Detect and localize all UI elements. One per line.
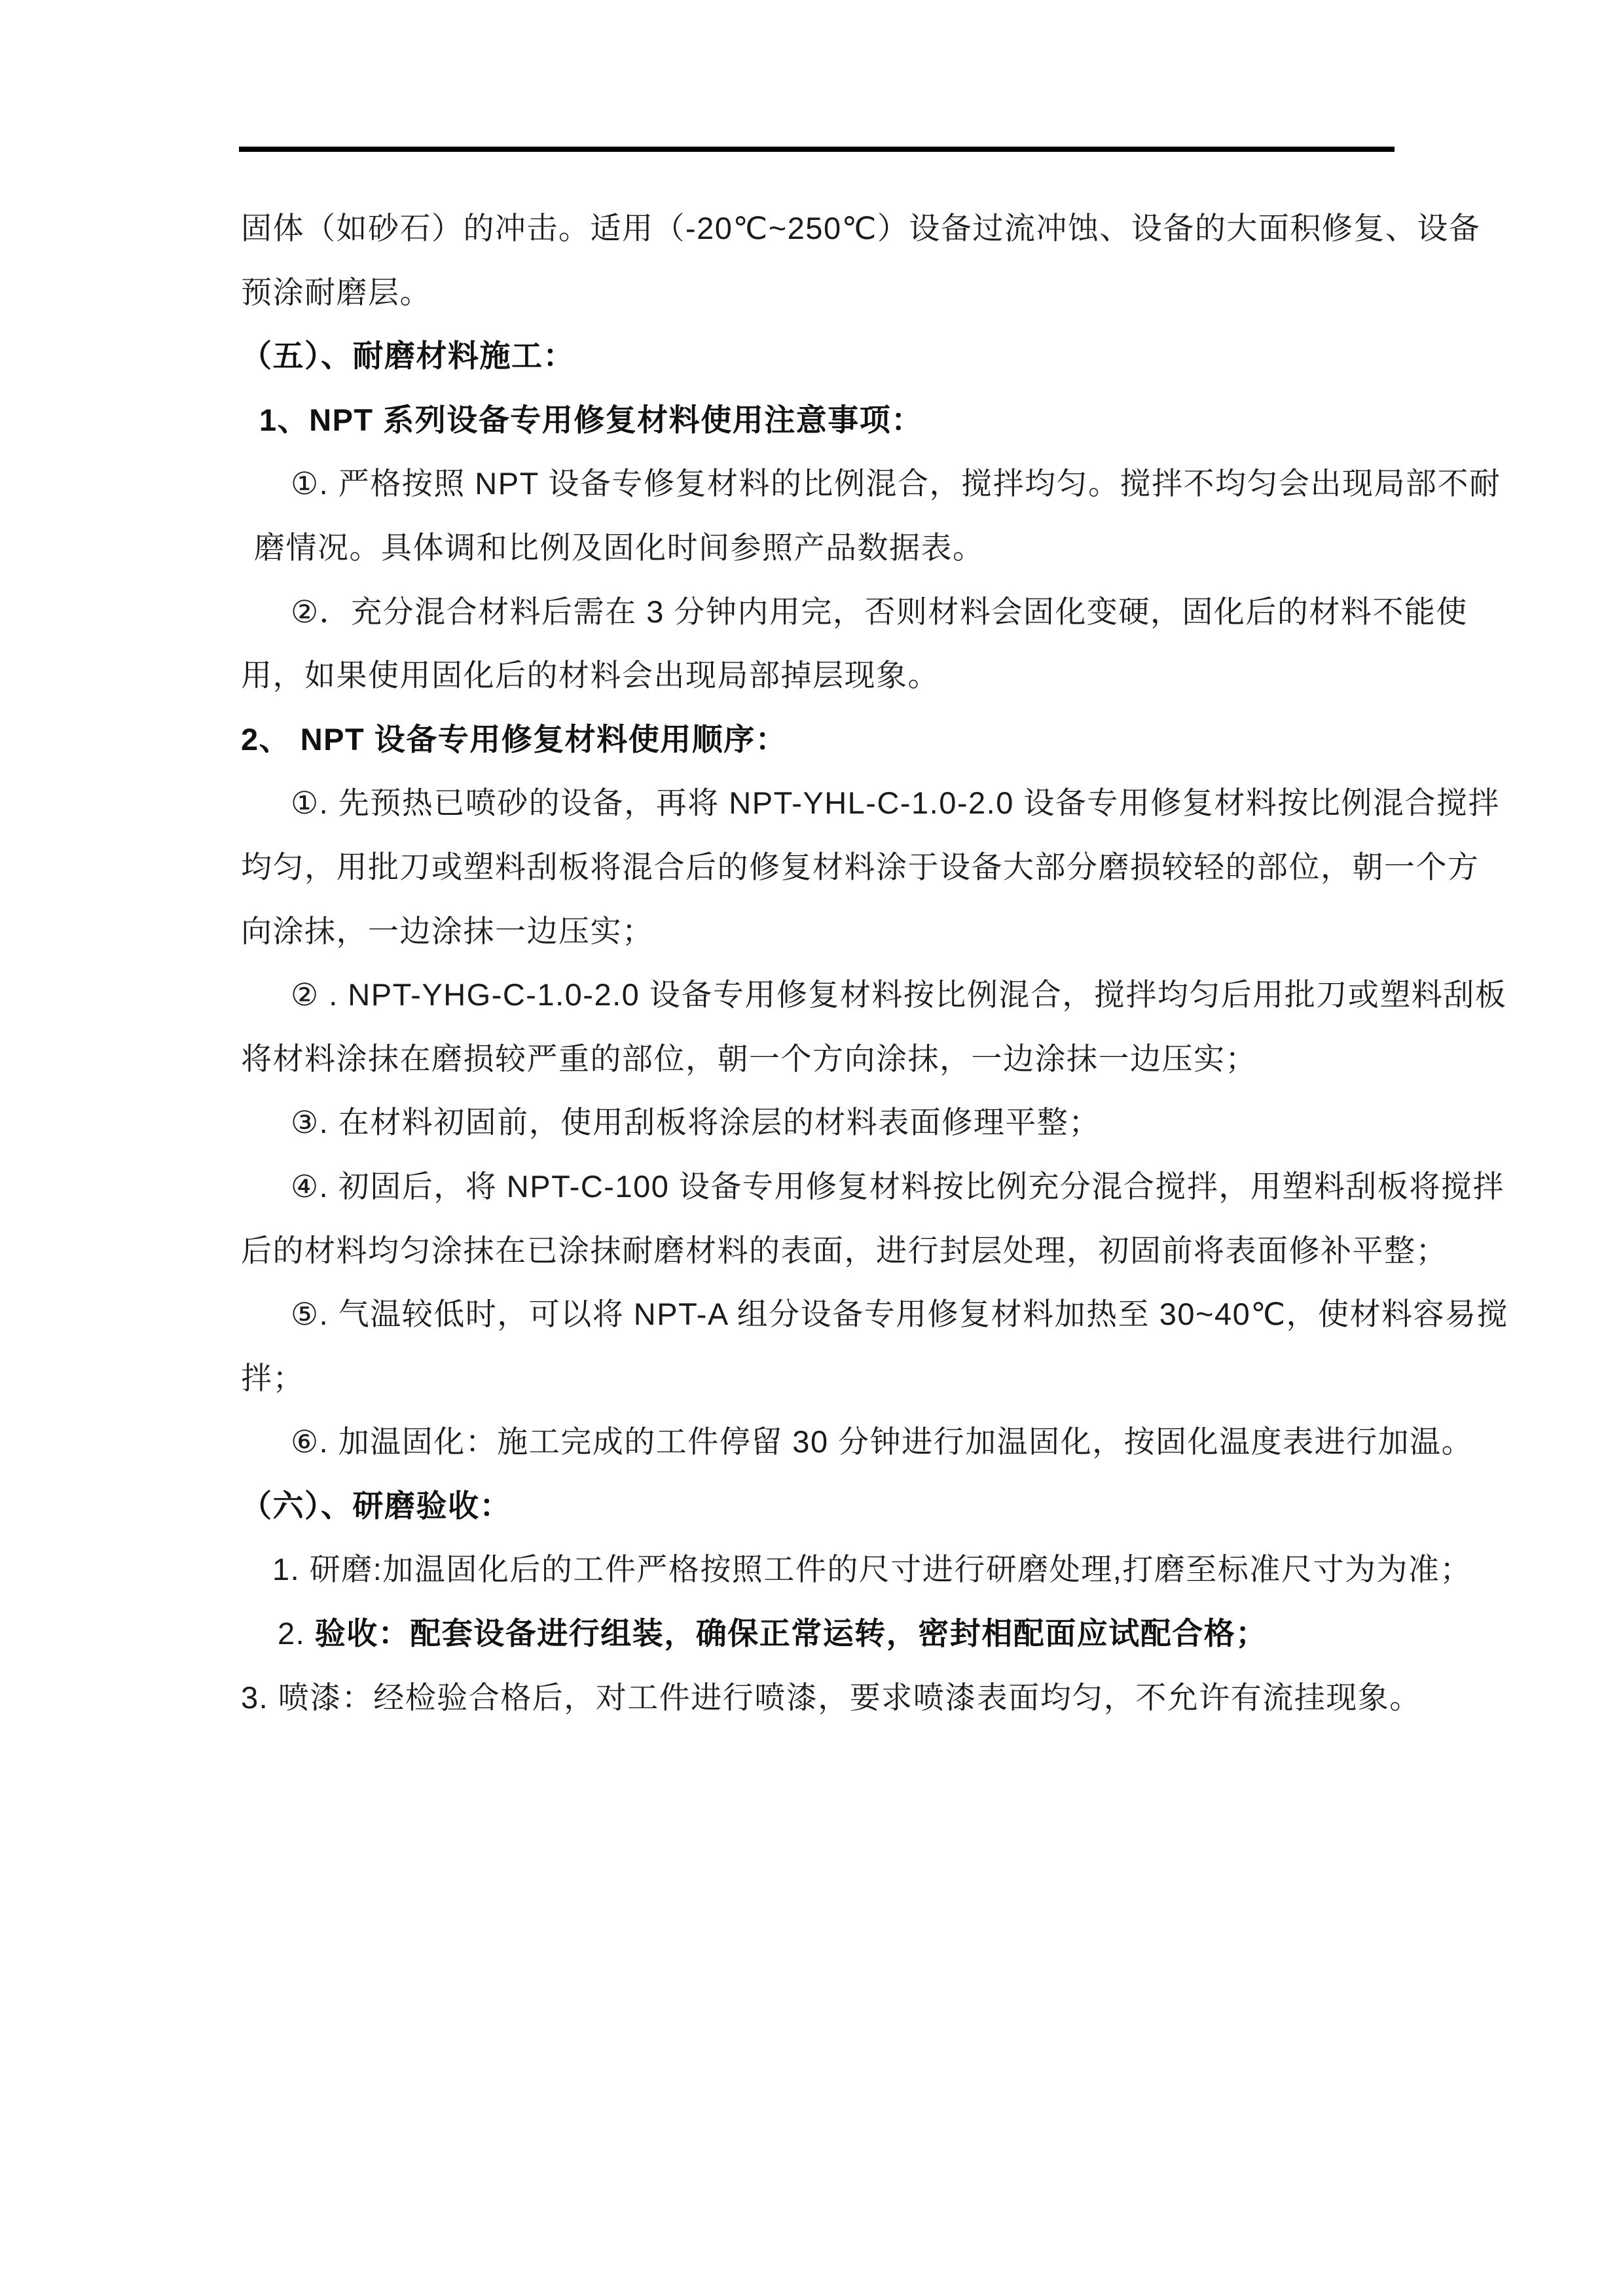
step-3: ③. 在材料初固前，使用刮板将涂层的材料表面修理平整；	[241, 1090, 1403, 1155]
step-1-line-1: ①. 先预热已喷砂的设备，再将 NPT-YHL-C-1.0-2.0 设备专用修复…	[241, 771, 1403, 835]
step-1-line-2: 均匀，用批刀或塑料刮板将混合后的修复材料涂于设备大部分磨损较轻的部位，朝一个方	[241, 835, 1403, 899]
note-1-line-2: 磨情况。具体调和比例及固化时间参照产品数据表。	[241, 516, 1403, 580]
heading-item-2: 2、 NPT 设备专用修复材料使用顺序：	[241, 708, 1403, 772]
body-line-1: 固体（如砂石）的冲击。适用（-20℃~250℃）设备过流冲蚀、设备的大面积修复、…	[241, 196, 1403, 260]
note-2-line-2-text: 用，如果使用固化后的材料会出现局部掉层现象。	[241, 658, 939, 692]
acceptance-3-text: 3. 喷漆：经检验合格后，对工件进行喷漆，要求喷漆表面均匀，不允许有流挂现象。	[241, 1680, 1421, 1715]
heading-section-5-text: （五）、耐磨材料施工：	[241, 338, 575, 373]
step-6: ⑥. 加温固化：施工完成的工件停留 30 分钟进行加温固化，按固化温度表进行加温…	[241, 1410, 1403, 1474]
acceptance-2-text: 2.	[278, 1616, 315, 1651]
step-1-line-3-text: 向涂抹，一边涂抹一边压实；	[241, 914, 654, 948]
note-1-line-2-text: 磨情况。具体调和比例及固化时间参照产品数据表。	[254, 530, 985, 565]
heading-section-6: （六）、研磨验收：	[241, 1474, 1403, 1538]
step-1-line-3: 向涂抹，一边涂抹一边压实；	[241, 899, 1403, 963]
note-2-line-2: 用，如果使用固化后的材料会出现局部掉层现象。	[241, 643, 1403, 708]
step-3-text: ③. 在材料初固前，使用刮板将涂层的材料表面修理平整；	[291, 1105, 1101, 1139]
step-4-line-2: 后的材料均匀涂抹在已涂抹耐磨材料的表面，进行封层处理，初固前将表面修补平整；	[241, 1219, 1403, 1283]
note-2-line-1: ②．充分混合材料后需在 3 分钟内用完，否则材料会固化变硬，固化后的材料不能使	[241, 580, 1403, 644]
heading-item-1-text: 1、NPT 系列设备专用修复材料使用注意事项：	[259, 403, 923, 437]
acceptance-1: 1. 研磨:加温固化后的工件严格按照工件的尺寸进行研磨处理,打磨至标准尺寸为为准…	[241, 1537, 1403, 1602]
step-1-line-1-text: ①. 先预热已喷砂的设备，再将 NPT-YHL-C-1.0-2.0 设备专用修复…	[291, 785, 1500, 820]
heading-item-2-text: 2、 NPT 设备专用修复材料使用顺序：	[241, 722, 787, 757]
acceptance-3: 3. 喷漆：经检验合格后，对工件进行喷漆，要求喷漆表面均匀，不允许有流挂现象。	[241, 1666, 1403, 1730]
body-line-2-text: 预涂耐磨层。	[241, 275, 431, 310]
header-rule	[239, 147, 1395, 152]
acceptance-2: 2. 验收：配套设备进行组装，确保正常运转，密封相配面应试配合格；	[241, 1602, 1403, 1666]
note-1-line-1: ①. 严格按照 NPT 设备专修复材料的比例混合，搅拌均匀。搅拌不均匀会出现局部…	[241, 452, 1403, 516]
heading-section-5: （五）、耐磨材料施工：	[241, 324, 1403, 388]
step-4-line-2-text: 后的材料均匀涂抹在已涂抹耐磨材料的表面，进行封层处理，初固前将表面修补平整；	[241, 1233, 1448, 1268]
step-2-line-1: ② . NPT-YHG-C-1.0-2.0 设备专用修复材料按比例混合，搅拌均匀…	[241, 963, 1403, 1027]
body-line-1-text: 固体（如砂石）的冲击。适用（-20℃~250℃）设备过流冲蚀、设备的大面积修复、…	[241, 211, 1480, 245]
step-6-text: ⑥. 加温固化：施工完成的工件停留 30 分钟进行加温固化，按固化温度表进行加温…	[291, 1424, 1473, 1459]
step-2-line-1-text: ② . NPT-YHG-C-1.0-2.0 设备专用修复材料按比例混合，搅拌均匀…	[291, 977, 1506, 1012]
document-body: 固体（如砂石）的冲击。适用（-20℃~250℃）设备过流冲蚀、设备的大面积修复、…	[241, 196, 1403, 1729]
body-line-2: 预涂耐磨层。	[241, 260, 1403, 325]
step-4-line-1: ④. 初固后，将 NPT-C-100 设备专用修复材料按比例充分混合搅拌，用塑料…	[241, 1155, 1403, 1219]
heading-item-1: 1、NPT 系列设备专用修复材料使用注意事项：	[241, 388, 1403, 452]
step-2-line-2: 将材料涂抹在磨损较严重的部位，朝一个方向涂抹，一边涂抹一边压实；	[241, 1027, 1403, 1091]
step-5-line-2: 拌；	[241, 1346, 1403, 1410]
note-1-line-1-text: ①. 严格按照 NPT 设备专修复材料的比例混合，搅拌均匀。搅拌不均匀会出现局部…	[291, 466, 1501, 501]
document-page: 固体（如砂石）的冲击。适用（-20℃~250℃）设备过流冲蚀、设备的大面积修复、…	[0, 0, 1623, 2296]
note-2-line-1-text: ②．充分混合材料后需在 3 分钟内用完，否则材料会固化变硬，固化后的材料不能使	[291, 594, 1468, 629]
acceptance-1-text: 1. 研磨:加温固化后的工件严格按照工件的尺寸进行研磨处理,打磨至标准尺寸为为准…	[272, 1552, 1472, 1587]
step-5-line-2-text: 拌；	[241, 1361, 304, 1395]
step-2-line-2-text: 将材料涂抹在磨损较严重的部位，朝一个方向涂抹，一边涂抹一边压实；	[241, 1041, 1257, 1076]
heading-section-6-text: （六）、研磨验收：	[241, 1488, 511, 1523]
step-5-line-1-text: ⑤. 气温较低时，可以将 NPT-A 组分设备专用修复材料加热至 30~40℃，…	[291, 1297, 1508, 1331]
acceptance-2-text: 验收：配套设备进行组装，确保正常运转，密封相配面应试配合格；	[315, 1616, 1267, 1651]
step-5-line-1: ⑤. 气温较低时，可以将 NPT-A 组分设备专用修复材料加热至 30~40℃，…	[241, 1282, 1403, 1346]
step-1-line-2-text: 均匀，用批刀或塑料刮板将混合后的修复材料涂于设备大部分磨损较轻的部位，朝一个方	[241, 850, 1480, 884]
step-4-line-1-text: ④. 初固后，将 NPT-C-100 设备专用修复材料按比例充分混合搅拌，用塑料…	[291, 1169, 1504, 1204]
